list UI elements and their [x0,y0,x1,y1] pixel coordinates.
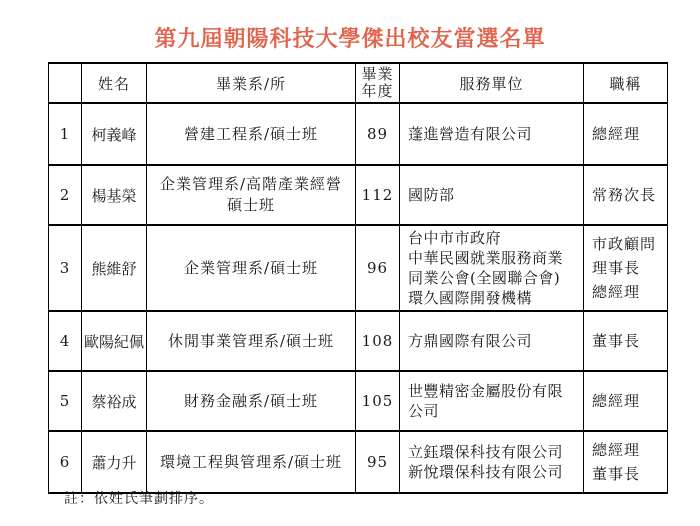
job-title-cell: 總經理 董事長 [584,431,668,493]
unit-cell: 立鈺環保科技有限公司 新悅環保科技有限公司 [400,431,584,493]
row-number-cell: 5 [49,371,82,431]
col-header-unit: 服務單位 [400,63,584,103]
name-cell: 楊基榮 [82,165,147,225]
job-title-cell: 市政顧問 理事長 總經理 [584,225,668,311]
name-cell: 柯義峰 [82,103,147,165]
dept-cell: 休閒事業管理系/碩士班 [147,311,356,371]
row-number-cell: 4 [49,311,82,371]
unit-cell: 方鼎國際有限公司 [400,311,584,371]
name-cell: 歐陽紀佩 [82,311,147,371]
row-number-cell: 1 [49,103,82,165]
table-row: 4 歐陽紀佩 休閒事業管理系/碩士班 108 方鼎國際有限公司 董事長 [49,311,668,371]
table-row: 3 熊維舒 企業管理系/碩士班 96 台中市市政府 中華民國就業服務商業 同業公… [49,225,668,311]
year-cell: 89 [356,103,400,165]
job-title-cell: 董事長 [584,311,668,371]
table-header-row: 姓名 畢業系/所 畢業 年度 服務單位 職稱 [49,63,668,103]
dept-cell: 營建工程系/碩士班 [147,103,356,165]
year-cell: 105 [356,371,400,431]
dept-cell: 環境工程與管理系/碩士班 [147,431,356,493]
col-header-name: 姓名 [82,63,147,103]
unit-cell: 蓬進營造有限公司 [400,103,584,165]
dept-cell: 企業管理系/碩士班 [147,225,356,311]
table-row: 5 蔡裕成 財務金融系/碩士班 105 世豐精密金屬股份有限 公司 總經理 [49,371,668,431]
year-cell: 96 [356,225,400,311]
row-number-cell: 6 [49,431,82,493]
table-row: 1 柯義峰 營建工程系/碩士班 89 蓬進營造有限公司 總經理 [49,103,668,165]
page-title: 第九屆朝陽科技大學傑出校友當選名單 [0,22,700,53]
job-title-cell: 總經理 [584,103,668,165]
row-number-cell: 3 [49,225,82,311]
unit-cell: 世豐精密金屬股份有限 公司 [400,371,584,431]
row-number-cell: 2 [49,165,82,225]
unit-cell: 國防部 [400,165,584,225]
name-cell: 蕭力升 [82,431,147,493]
alumni-table: 姓名 畢業系/所 畢業 年度 服務單位 職稱 1 柯義峰 營建工程系/碩士班 8… [48,62,668,494]
col-header-index [49,63,82,103]
footnote: 註：依姓氏筆劃排序。 [64,488,214,508]
dept-cell: 企業管理系/高階產業經營 碩士班 [147,165,356,225]
name-cell: 熊維舒 [82,225,147,311]
year-cell: 112 [356,165,400,225]
name-cell: 蔡裕成 [82,371,147,431]
col-header-year: 畢業 年度 [356,63,400,103]
col-header-job-title: 職稱 [584,63,668,103]
dept-cell: 財務金融系/碩士班 [147,371,356,431]
table-row: 2 楊基榮 企業管理系/高階產業經營 碩士班 112 國防部 常務次長 [49,165,668,225]
table-row: 6 蕭力升 環境工程與管理系/碩士班 95 立鈺環保科技有限公司 新悅環保科技有… [49,431,668,493]
unit-cell: 台中市市政府 中華民國就業服務商業 同業公會(全國聯合會) 環久國際開發機構 [400,225,584,311]
year-cell: 95 [356,431,400,493]
job-title-cell: 總經理 [584,371,668,431]
year-cell: 108 [356,311,400,371]
job-title-cell: 常務次長 [584,165,668,225]
col-header-dept: 畢業系/所 [147,63,356,103]
